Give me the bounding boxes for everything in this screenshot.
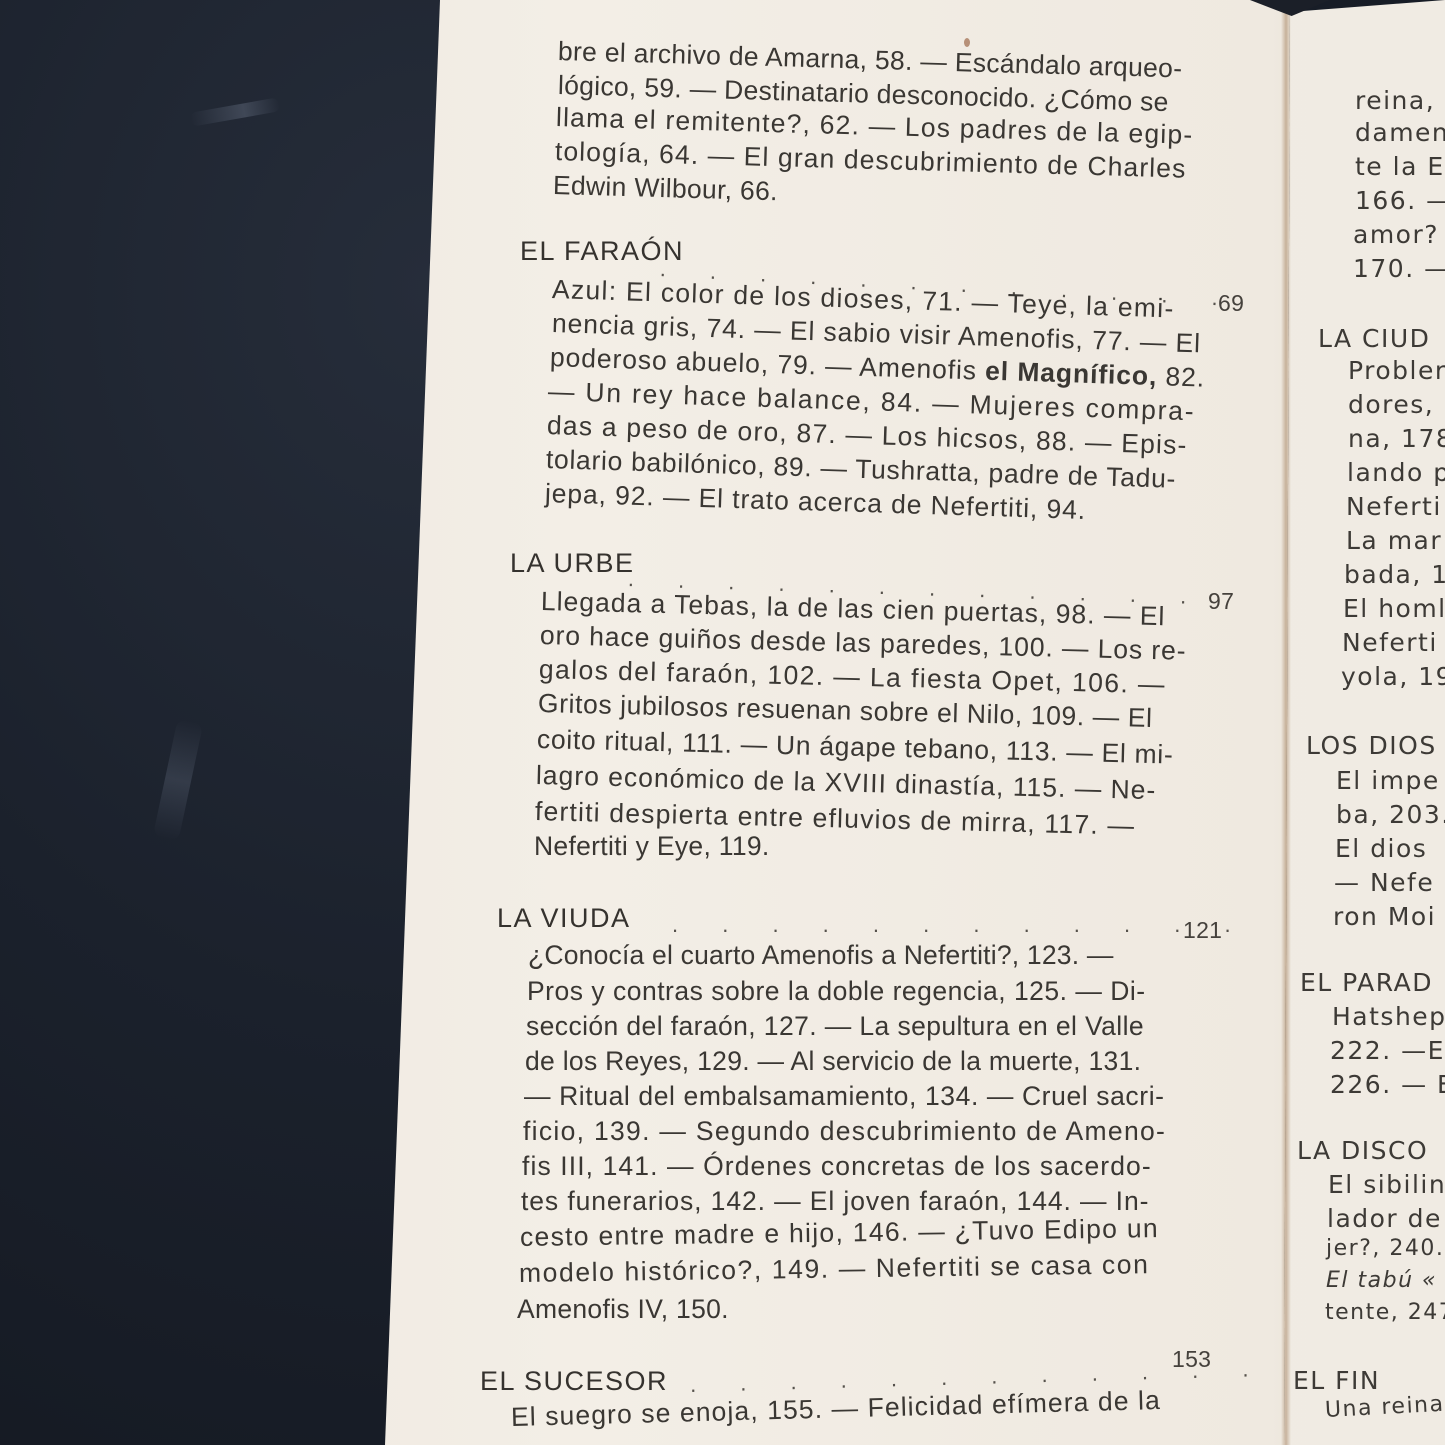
toc-line: — Ritual del embalsamamiento, 134. — Cru… bbox=[524, 1083, 1165, 1110]
section-title: LOS DIOS bbox=[1306, 733, 1437, 758]
toc-line: dores, bbox=[1348, 392, 1434, 417]
toc-line: Neferti bbox=[1346, 494, 1442, 519]
toc-line: de los Reyes, 129. — Al servicio de la m… bbox=[525, 1048, 1141, 1075]
toc-line: 226. — E bbox=[1330, 1072, 1445, 1097]
toc-line: tes funerarios, 142. — El joven faraón, … bbox=[521, 1188, 1149, 1215]
toc-line: jer?, 240. bbox=[1326, 1238, 1444, 1260]
toc-bold-text: el Magnífico, bbox=[985, 356, 1158, 391]
section-title: EL FIN bbox=[1293, 1368, 1380, 1393]
toc-line: Neferti bbox=[1342, 630, 1438, 655]
section-title: LA VIUDA bbox=[497, 905, 631, 932]
toc-line: 166. — bbox=[1355, 188, 1445, 213]
toc-line: Edwin Wilbour, 66. bbox=[553, 172, 779, 205]
section-title: LA CIUD bbox=[1318, 326, 1430, 351]
leader-dots: . . . . . . . . . . . . bbox=[672, 912, 1250, 938]
toc-line: lador de bbox=[1327, 1206, 1442, 1231]
toc-line: amor? bbox=[1353, 222, 1439, 247]
section-title: EL PARAD bbox=[1300, 970, 1433, 995]
toc-line: reina, bbox=[1355, 88, 1435, 113]
toc-line: El impe bbox=[1336, 768, 1440, 793]
toc-line: fis III, 141. — Órdenes concretas de los… bbox=[522, 1153, 1152, 1180]
toc-line: El tabú « bbox=[1326, 1270, 1437, 1292]
section-page-number: 121 bbox=[1183, 917, 1222, 944]
paper-stain bbox=[964, 38, 970, 47]
section-title: LA URBE bbox=[510, 550, 635, 577]
toc-line: — Nefe bbox=[1334, 870, 1434, 895]
toc-line: 222. —E bbox=[1330, 1038, 1445, 1063]
toc-line: na, 178 bbox=[1348, 426, 1445, 451]
toc-line: Hatshep bbox=[1332, 1004, 1445, 1029]
toc-line: El dios bbox=[1335, 836, 1427, 861]
toc-line: tente, 247 bbox=[1325, 1302, 1445, 1324]
section-page-number: 97 bbox=[1208, 588, 1234, 615]
toc-line: ron Moi bbox=[1333, 904, 1436, 929]
toc-line: ba, 203. bbox=[1336, 802, 1445, 827]
toc-line: te la E bbox=[1355, 154, 1445, 179]
toc-line: damen bbox=[1355, 120, 1445, 145]
section-page-number: 69 bbox=[1218, 290, 1244, 317]
toc-line: ficio, 139. — Segundo descubrimiento de … bbox=[523, 1118, 1166, 1145]
toc-line: yola, 19 bbox=[1341, 664, 1445, 689]
section-title: LA DISCO bbox=[1297, 1138, 1428, 1163]
toc-line: La mar bbox=[1346, 528, 1442, 553]
toc-line: Probler bbox=[1348, 358, 1445, 383]
toc-line: sección del faraón, 127. — La sepultura … bbox=[526, 1013, 1144, 1040]
toc-line: El sibilin bbox=[1328, 1172, 1445, 1197]
toc-line: Pros y contras sobre la doble regencia, … bbox=[527, 978, 1146, 1005]
toc-line: ¿Conocía el cuarto Amenofis a Nefertiti?… bbox=[528, 942, 1114, 969]
toc-line: Amenofis IV, 150. bbox=[517, 1296, 729, 1323]
toc-line: Una reina bbox=[1324, 1394, 1445, 1422]
toc-text: 82. bbox=[1157, 361, 1206, 392]
section-title: EL SUCESOR bbox=[480, 1368, 668, 1395]
section-page-number: 153 bbox=[1172, 1346, 1211, 1373]
toc-line: 170. — bbox=[1353, 256, 1445, 281]
toc-line: El homl bbox=[1343, 596, 1445, 621]
toc-line: lando p bbox=[1347, 460, 1445, 485]
toc-line: bada, 1 bbox=[1344, 562, 1445, 587]
toc-line: Nefertiti y Eye, 119. bbox=[534, 833, 770, 860]
